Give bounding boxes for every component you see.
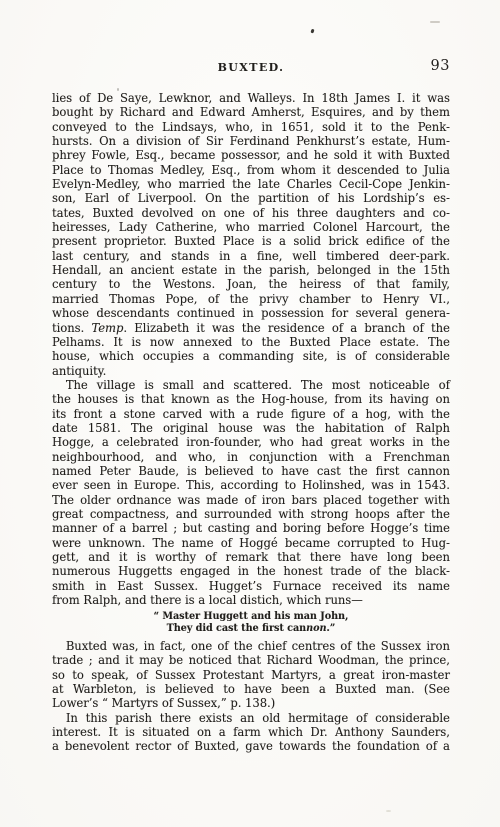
- text-line: Lower’s “ Martyrs of Sussex,” p. 138.): [52, 696, 450, 710]
- text-line: The village is small and scattered. The …: [52, 378, 450, 392]
- text-line: ever seen in Europe. This, according to …: [52, 478, 450, 492]
- text-block: lies of De Saye, Lewknor, and Walleys. I…: [52, 91, 450, 754]
- text-line: last century, and stands in a fine, well…: [52, 249, 450, 263]
- text-line: gett, and it is worthy of remark that th…: [52, 550, 450, 564]
- text-line: They did cast the first cannon.”: [52, 622, 450, 635]
- text-line: whose descendants continued in possessio…: [52, 306, 450, 320]
- text-line: phrey Fowle, Esq., became possessor, and…: [52, 148, 450, 162]
- text-line: son, Earl of Liverpool. On the partition…: [52, 191, 450, 205]
- text-line: trade ; and it may be noticed that Richa…: [52, 653, 450, 667]
- text-line: century to the Westons. Joan, the heires…: [52, 277, 450, 291]
- text-line: date 1581. The original house was the ha…: [52, 421, 450, 435]
- text-line: heiresses, Lady Catherine, who married C…: [52, 220, 450, 234]
- text-line: tates, Buxted devolved on one of his thr…: [52, 206, 450, 220]
- text-line: Hendall, an ancient estate in the parish…: [52, 263, 450, 277]
- text-line: house, which occupies a commanding site,…: [52, 349, 450, 363]
- text-line: Place to Thomas Medley, Esq., from whom …: [52, 163, 450, 177]
- text-line: Buxted was, in fact, one of the chief ce…: [52, 639, 450, 653]
- text-line: present proprietor. Buxted Place is a so…: [52, 234, 450, 248]
- text-line: great compactness, and surrounded with s…: [52, 507, 450, 521]
- text-line: the houses is that known as the Hog-hous…: [52, 392, 450, 406]
- text-line: “ Master Huggett and his man John,: [52, 610, 450, 623]
- text-line: hursts. On a division of Sir Ferdinand P…: [52, 134, 450, 148]
- text-line: married Thomas Pope, of the privy chambe…: [52, 292, 450, 306]
- text-line: lies of De Saye, Lewknor, and Walleys. I…: [52, 91, 450, 105]
- paragraph-1: lies of De Saye, Lewknor, and Walleys. I…: [52, 91, 450, 378]
- text-line: conveyed to the Lindsays, who, in 1651, …: [52, 120, 450, 134]
- scan-smudge: [386, 810, 391, 812]
- paragraph-4: Buxted was, in fact, one of the chief ce…: [52, 639, 450, 711]
- page-number: 93: [431, 58, 450, 75]
- text-line: its front a stone carved with a rude fig…: [52, 407, 450, 421]
- text-line: named Peter Baude, is believed to have c…: [52, 464, 450, 478]
- scan-smudge: [430, 21, 440, 23]
- text-line: smith in East Sussex. Hugget’s Furnace r…: [52, 579, 450, 593]
- text-line: a benevolent rector of Buxted, gave towa…: [52, 739, 450, 753]
- text-line: Evelyn-Medley, who married the late Char…: [52, 177, 450, 191]
- page-title: BUXTED.: [52, 61, 450, 75]
- page: BUXTED. 93 lies of De Saye, Lewknor, and…: [0, 0, 500, 827]
- text-line: interest. It is situated on a farm which…: [52, 725, 450, 739]
- text-line: were unknown. The name of Hoggé became c…: [52, 536, 450, 550]
- scan-speck: [310, 29, 314, 34]
- text-line: In this parish there exists an old hermi…: [52, 711, 450, 725]
- text-line: The older ordnance was made of iron bars…: [52, 493, 450, 507]
- text-line: antiquity.: [52, 364, 450, 378]
- text-line: numerous Huggetts engaged in the honest …: [52, 564, 450, 578]
- text-line: Hogge, a celebrated iron-founder, who ha…: [52, 435, 450, 449]
- text-line: at Warbleton, is believed to have been a…: [52, 682, 450, 696]
- text-line: bought by Richard and Edward Amherst, Es…: [52, 105, 450, 119]
- text-line: manner of a barrel ; but casting and bor…: [52, 521, 450, 535]
- paragraph-5: In this parish there exists an old hermi…: [52, 711, 450, 754]
- text-line: so to speak, of Sussex Protestant Martyr…: [52, 668, 450, 682]
- scan-speck: [117, 88, 119, 91]
- text-line: tions. Temp. Elizabeth it was the reside…: [52, 321, 450, 335]
- running-head: BUXTED. 93: [52, 60, 450, 78]
- paragraph-2: The village is small and scattered. The …: [52, 378, 450, 608]
- text-line: neighbourhood, and who, in conjunction w…: [52, 450, 450, 464]
- scanned-book-page: { "page": { "header": { "title": "BUXTED…: [0, 0, 500, 827]
- verse-block: “ Master Huggett and his man John,They d…: [52, 610, 450, 635]
- text-line: Pelhams. It is now annexed to the Buxted…: [52, 335, 450, 349]
- text-line: from Ralph, and there is a local distich…: [52, 593, 450, 607]
